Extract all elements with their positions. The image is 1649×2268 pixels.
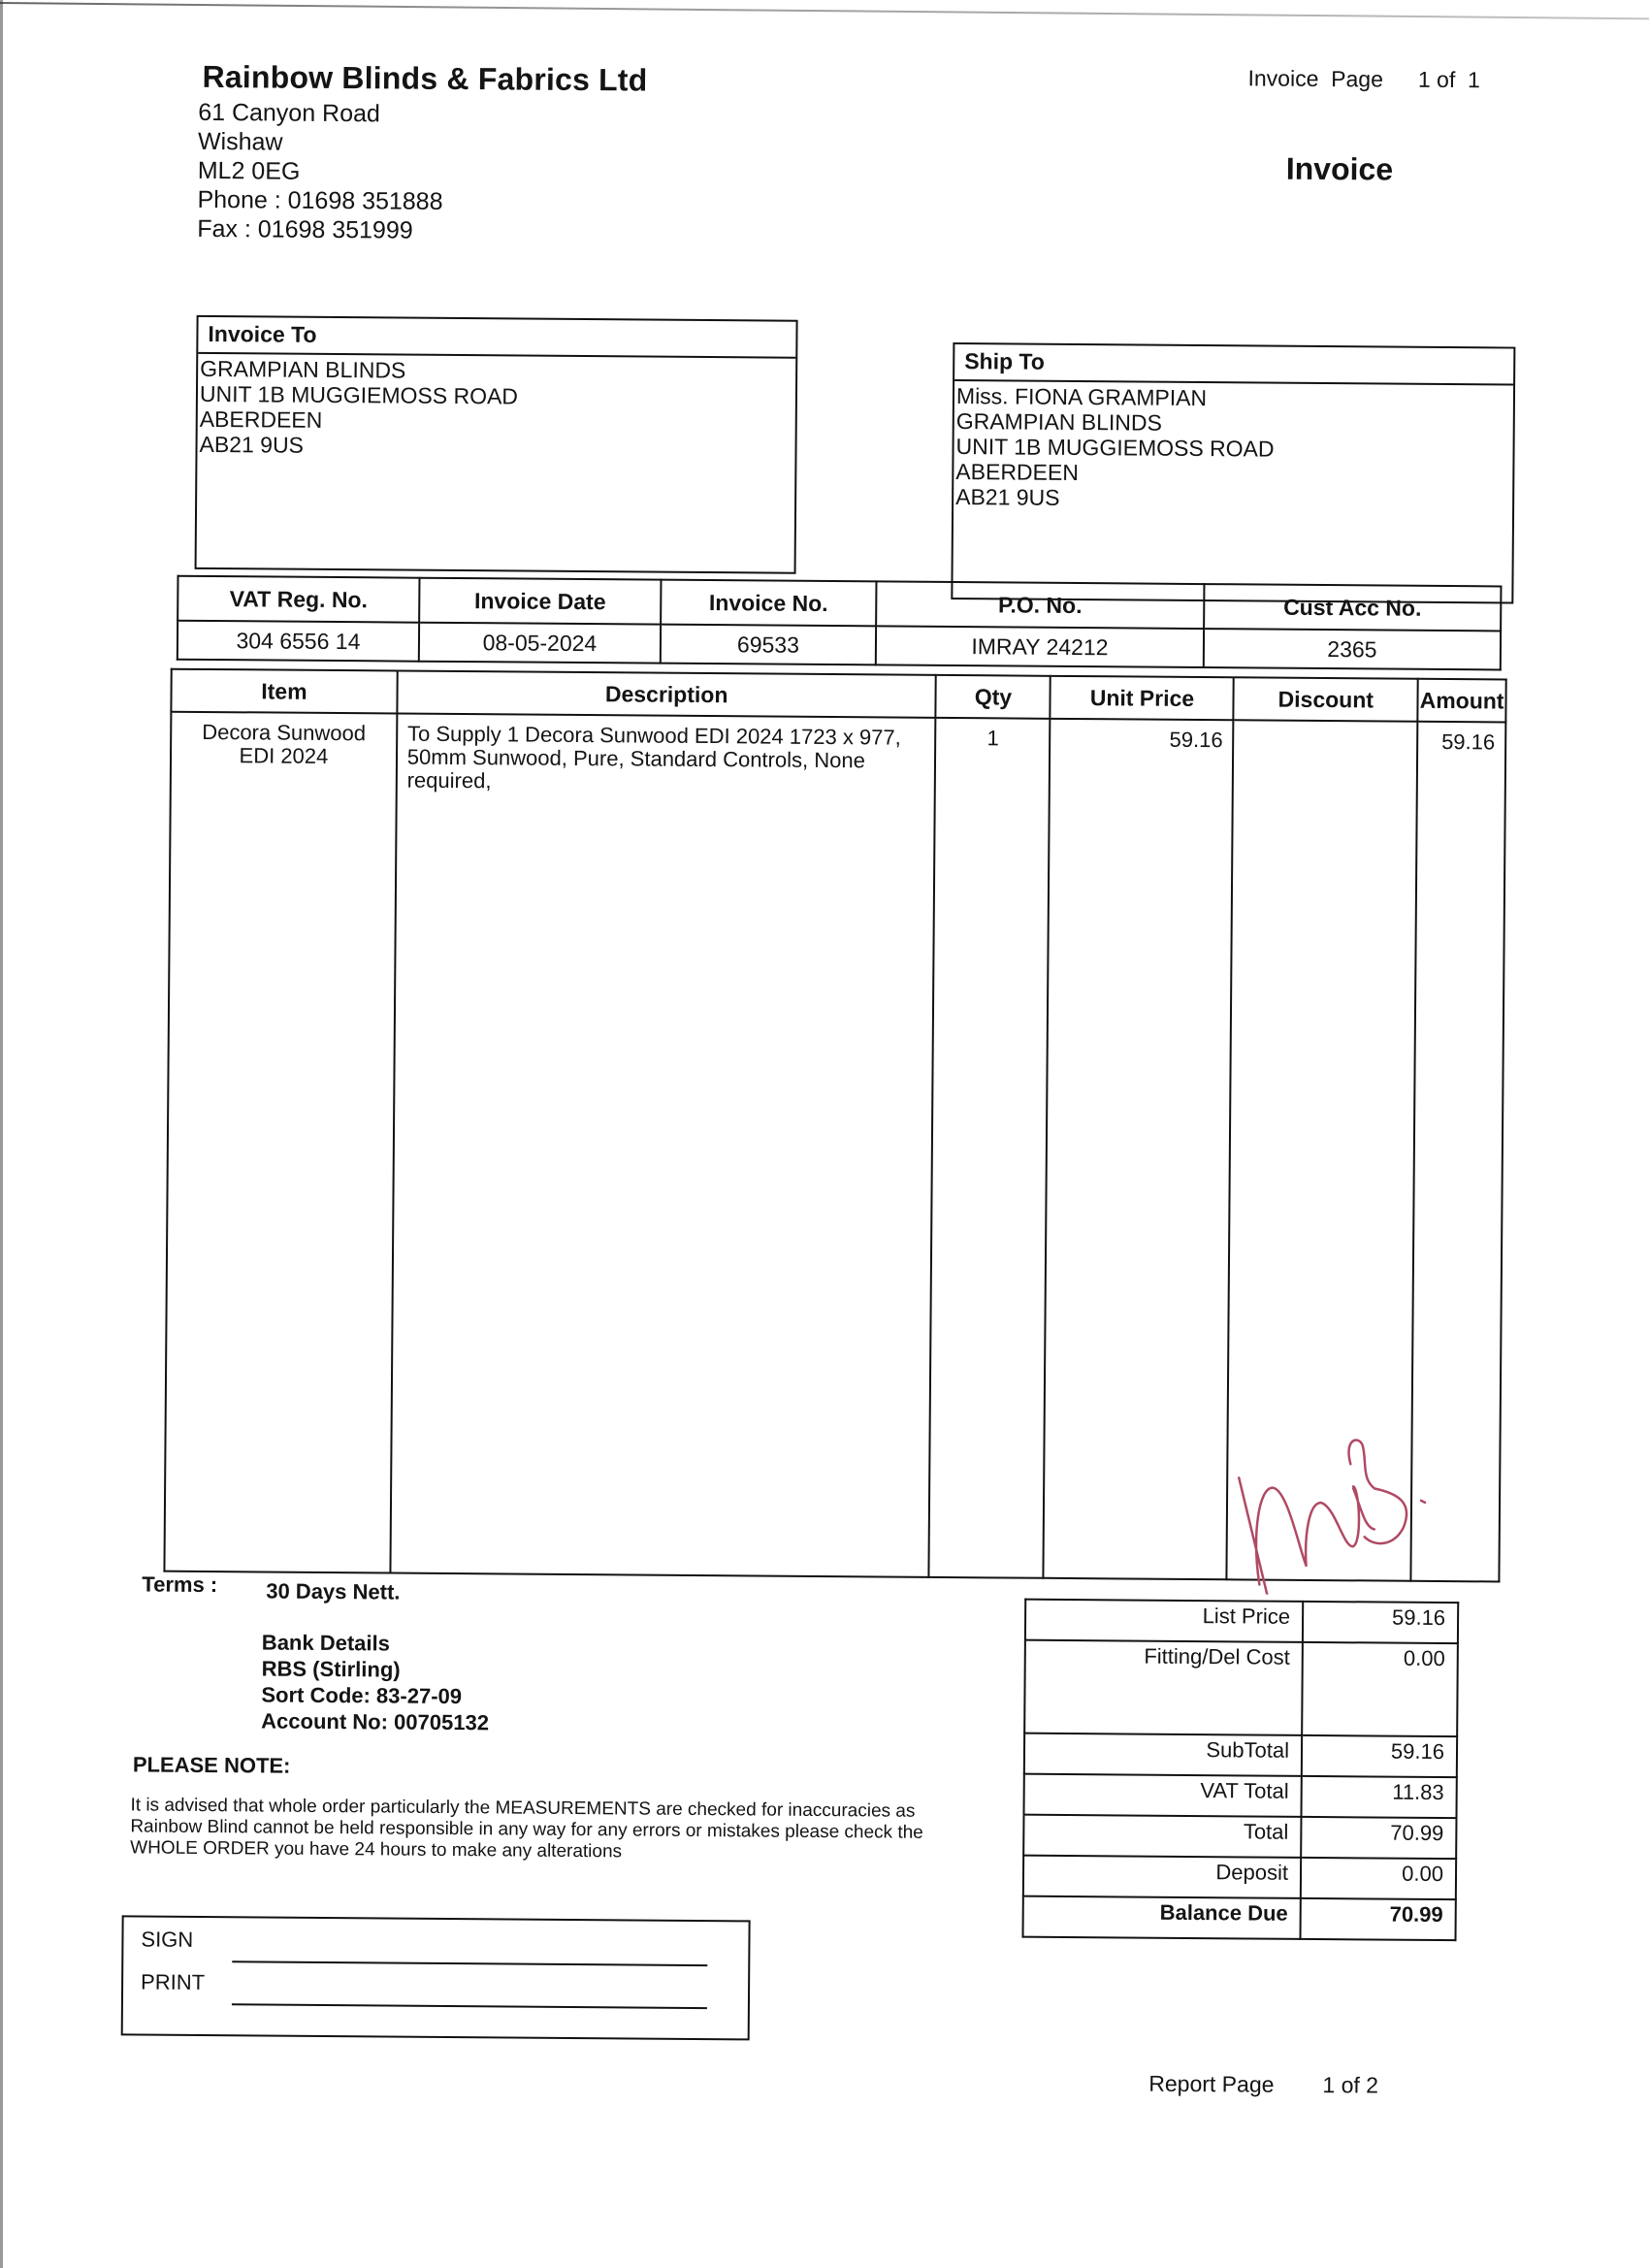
company-phone: Phone : 01698 351888 [197, 185, 442, 216]
bank-name: RBS (Stirling) [262, 1655, 490, 1683]
ship-to-line: AB21 9US [955, 484, 1510, 513]
invoice-page-info: Invoice Page1 of 1 [1247, 65, 1480, 93]
bank-details: Bank Details RBS (Stirling) Sort Code: 8… [261, 1629, 490, 1735]
fitting-row: Fitting/Del Cost 0.00 [1024, 1640, 1458, 1736]
deposit-label: Deposit [1023, 1856, 1301, 1898]
invoice-date-header: Invoice Date [419, 578, 661, 625]
vat-total-label: VAT Total [1023, 1774, 1301, 1817]
unit-price-header: Unit Price [1051, 676, 1234, 720]
subtotal-value: 59.16 [1302, 1735, 1457, 1777]
ship-to-address: Miss. FIONA GRAMPIAN GRAMPIAN BLINDS UNI… [954, 381, 1513, 516]
discount-header: Discount [1234, 677, 1418, 721]
cust-acc-value: 2365 [1204, 629, 1501, 669]
total-value: 70.99 [1301, 1817, 1456, 1859]
invoice-to-address: GRAMPIAN BLINDS UNIT 1B MUGGIEMOSS ROAD … [197, 354, 795, 464]
ship-to-heading: Ship To [954, 344, 1513, 386]
ship-to-box: Ship To Miss. FIONA GRAMPIAN GRAMPIAN BL… [951, 342, 1515, 604]
deposit-row: Deposit 0.00 [1023, 1856, 1456, 1900]
description-header: Description [397, 671, 936, 718]
description-cell: To Supply 1 Decora Sunwood EDI 2024 1723… [390, 714, 936, 1577]
balance-due-value: 70.99 [1300, 1898, 1455, 1940]
handwritten-initials-signature [1228, 1419, 1462, 1596]
terms-value: 30 Days Nett. [266, 1578, 400, 1604]
item-cell: Decora Sunwood EDI 2024 [164, 712, 397, 1573]
invoice-to-line: AB21 9US [199, 432, 792, 462]
list-price-row: List Price 59.16 [1025, 1600, 1458, 1644]
report-page-label: Report Page [1148, 2071, 1274, 2097]
print-line[interactable] [232, 2003, 707, 2009]
list-price-value: 59.16 [1303, 1602, 1458, 1643]
terms-label: Terms : [142, 1571, 217, 1598]
invoice-to-box: Invoice To GRAMPIAN BLINDS UNIT 1B MUGGI… [195, 315, 798, 574]
invoice-no-header: Invoice No. [661, 580, 876, 627]
po-no-header: P.O. No. [876, 581, 1204, 629]
address-line: ML2 0EG [198, 156, 443, 187]
fitting-label: Fitting/Del Cost [1024, 1640, 1303, 1735]
vat-reg-value: 304 6556 14 [178, 621, 419, 662]
sort-code: Sort Code: 83-27-09 [261, 1681, 489, 1709]
invoice-sheet: Rainbow Blinds & Fabrics Ltd 61 Canyon R… [0, 0, 1649, 2268]
total-label: Total [1023, 1815, 1301, 1858]
report-page-value: 1 of 2 [1322, 2072, 1378, 2097]
print-label: PRINT [141, 1969, 205, 1995]
invoice-page-value: 1 of 1 [1418, 67, 1480, 93]
company-name: Rainbow Blinds & Fabrics Ltd [202, 59, 647, 99]
sign-print-box: SIGN PRINT [121, 1915, 751, 2040]
bank-details-title: Bank Details [262, 1629, 490, 1657]
document-title: Invoice [1286, 151, 1394, 188]
account-number: Account No: 00705132 [261, 1707, 489, 1735]
report-page-info: Report Page1 of 2 [1148, 2071, 1378, 2099]
list-price-label: List Price [1025, 1600, 1303, 1642]
item-header: Item [171, 669, 397, 714]
address-line: 61 Canyon Road [198, 98, 443, 129]
please-note-body: It is advised that whole order particula… [130, 1795, 984, 1865]
vat-total-value: 11.83 [1301, 1776, 1456, 1818]
invoice-no-value: 69533 [661, 625, 876, 665]
vat-total-row: VAT Total 11.83 [1023, 1774, 1456, 1819]
company-address: 61 Canyon Road Wishaw ML2 0EG Phone : 01… [197, 98, 443, 245]
subtotal-row: SubTotal 59.16 [1024, 1733, 1457, 1778]
balance-due-label: Balance Due [1023, 1896, 1301, 1939]
unit-price-cell: 59.16 [1044, 719, 1234, 1579]
total-row: Total 70.99 [1023, 1815, 1456, 1860]
company-fax: Fax : 01698 351999 [197, 214, 442, 245]
invoice-to-heading: Invoice To [198, 317, 795, 359]
balance-due-row: Balance Due 70.99 [1023, 1896, 1456, 1941]
qty-cell: 1 [929, 718, 1051, 1578]
address-line: Wishaw [198, 127, 443, 158]
invoice-date-value: 08-05-2024 [419, 623, 661, 664]
totals-table: List Price 59.16 Fitting/Del Cost 0.00 S… [1021, 1599, 1459, 1942]
sign-label: SIGN [141, 1927, 193, 1952]
po-no-value: IMRAY 24212 [876, 626, 1204, 667]
please-note-title: PLEASE NOTE: [133, 1752, 291, 1778]
cust-acc-header: Cust Acc No. [1204, 584, 1501, 631]
deposit-value: 0.00 [1301, 1858, 1456, 1899]
invoice-page-label: Invoice Page [1247, 65, 1383, 91]
qty-header: Qty [936, 675, 1051, 719]
subtotal-label: SubTotal [1024, 1733, 1302, 1776]
amount-header: Amount [1417, 679, 1505, 723]
fitting-value: 0.00 [1302, 1642, 1458, 1736]
sign-line[interactable] [232, 1960, 707, 1966]
vat-reg-header: VAT Reg. No. [178, 576, 419, 623]
invoice-info-table: VAT Reg. No. Invoice Date Invoice No. P.… [177, 575, 1503, 671]
